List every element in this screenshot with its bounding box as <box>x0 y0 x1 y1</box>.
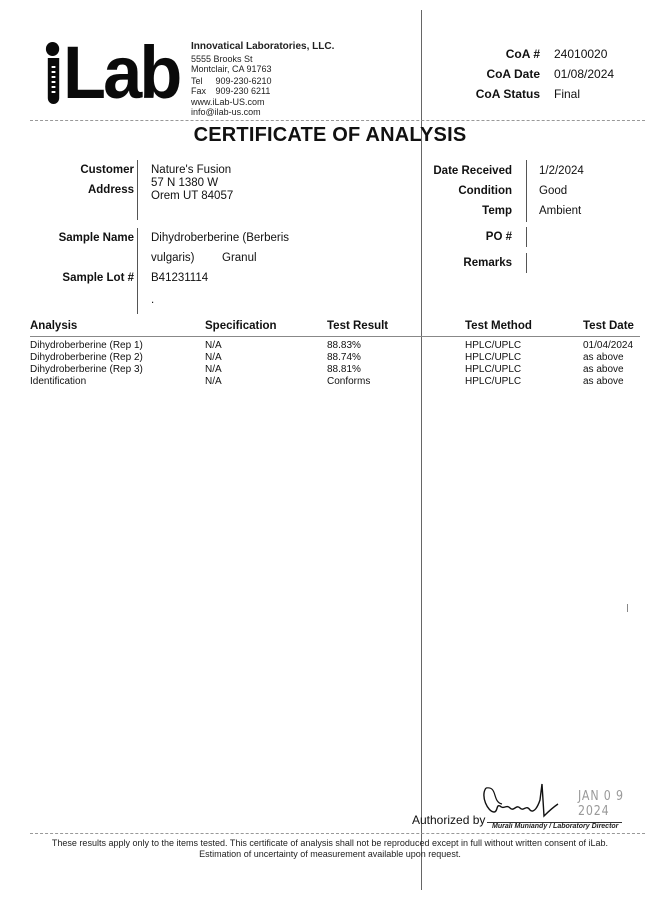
test-date-cell: as above <box>583 352 640 364</box>
remarks-divider <box>526 253 527 273</box>
customer-address-line1: 57 N 1380 W <box>151 177 218 189</box>
temp-label: Temp <box>420 205 512 217</box>
company-name: Innovatical Laboratories, LLC. <box>191 42 334 53</box>
test-method-cell: HPLC/UPLC <box>465 376 583 388</box>
sample-lot: B41231114 <box>151 272 208 284</box>
temp: Ambient <box>539 205 581 217</box>
results-header-row: Analysis Specification Test Result Test … <box>30 320 640 337</box>
analysis-cell: Dihydroberberine (Rep 2) <box>30 352 205 364</box>
sample-name-label: Sample Name <box>40 232 134 244</box>
company-website[interactable]: www.iLab-US.com <box>191 97 334 108</box>
footer-line1: These results apply only to the items te… <box>0 838 660 849</box>
address-label: Address <box>40 184 134 196</box>
test-date-cell: 01/04/2024 <box>583 340 640 352</box>
customer-address-line2: Orem UT 84057 <box>151 190 233 202</box>
test-method-cell: HPLC/UPLC <box>465 352 583 364</box>
specification-cell: N/A <box>205 340 327 352</box>
company-email[interactable]: info@ilab-us.com <box>191 107 334 118</box>
company-info: Innovatical Laboratories, LLC. 5555 Broo… <box>191 42 334 118</box>
footer-disclaimer: These results apply only to the items te… <box>0 838 660 860</box>
test-method-cell: HPLC/UPLC <box>465 340 583 352</box>
receipt-divider <box>526 160 527 222</box>
header-analysis: Analysis <box>30 320 205 337</box>
footer-line2: Estimation of uncertainty of measurement… <box>0 849 660 860</box>
received-date-stamp: JAN 0 9 2024 <box>578 789 648 819</box>
scan-mark <box>627 604 628 612</box>
coa-date: 01/08/2024 <box>554 67 640 81</box>
customer-divider <box>137 160 138 220</box>
test-result-cell: 88.83% <box>327 340 465 352</box>
header-specification: Specification <box>205 320 327 337</box>
po-divider <box>526 227 527 247</box>
company-city: Montclair, CA 91763 <box>191 64 334 75</box>
test-date-cell: as above <box>583 364 640 376</box>
coa-block: CoA #24010020 CoA Date01/08/2024 CoA Sta… <box>440 44 640 104</box>
test-result-cell: Conforms <box>327 376 465 388</box>
analysis-cell: Dihydroberberine (Rep 3) <box>30 364 205 376</box>
coa-status-label: CoA Status <box>440 87 554 101</box>
date-received: 1/2/2024 <box>539 165 584 177</box>
company-street: 5555 Brooks St <box>191 54 334 65</box>
signer-name: Murali Muniandy / Laboratory Director <box>492 823 618 830</box>
signature-icon <box>478 782 568 826</box>
specification-cell: N/A <box>205 364 327 376</box>
sample-name-line2: vulgaris) <box>151 252 194 264</box>
specification-cell: N/A <box>205 376 327 388</box>
sample-name-line2b: Granul <box>222 252 257 264</box>
date-received-label: Date Received <box>420 165 512 177</box>
company-tel: Tel 909-230-6210 <box>191 76 334 87</box>
specification-cell: N/A <box>205 352 327 364</box>
coa-status: Final <box>554 87 640 101</box>
test-result-cell: 88.74% <box>327 352 465 364</box>
customer-label: Customer <box>40 164 134 176</box>
header-test-date: Test Date <box>583 320 640 337</box>
condition-label: Condition <box>420 185 512 197</box>
document-title: CERTIFICATE OF ANALYSIS <box>0 124 660 147</box>
sample-divider <box>137 228 138 314</box>
header-test-method: Test Method <box>465 320 583 337</box>
header-divider <box>30 120 645 121</box>
analysis-cell: Identification <box>30 376 205 388</box>
results-table: Analysis Specification Test Result Test … <box>30 320 640 388</box>
coa-number-label: CoA # <box>440 47 554 61</box>
customer-name: Nature's Fusion <box>151 164 231 176</box>
footer-divider <box>30 833 645 834</box>
test-date-cell: as above <box>583 376 640 388</box>
condition: Good <box>539 185 567 197</box>
table-row: Dihydroberberine (Rep 3) N/A 88.81% HPLC… <box>30 364 640 376</box>
authorized-by-label: Authorized by <box>412 813 485 827</box>
test-method-cell: HPLC/UPLC <box>465 364 583 376</box>
sample-extra: . <box>151 294 154 306</box>
remarks-label: Remarks <box>420 257 512 269</box>
table-row: Identification N/A Conforms HPLC/UPLC as… <box>30 376 640 388</box>
ilab-logo: Lab <box>44 40 158 106</box>
header-test-result: Test Result <box>327 320 465 337</box>
sample-lot-label: Sample Lot # <box>40 272 134 284</box>
sample-name-line1: Dihydroberberine (Berberis <box>151 232 289 244</box>
po-label: PO # <box>420 231 512 243</box>
company-fax: Fax 909-230 6211 <box>191 86 334 97</box>
coa-number: 24010020 <box>554 47 640 61</box>
coa-date-label: CoA Date <box>440 67 554 81</box>
table-row: Dihydroberberine (Rep 2) N/A 88.74% HPLC… <box>30 352 640 364</box>
test-tube-icon <box>48 58 59 104</box>
logo-dot-icon <box>46 42 59 56</box>
table-row: Dihydroberberine (Rep 1) N/A 88.83% HPLC… <box>30 340 640 352</box>
analysis-cell: Dihydroberberine (Rep 1) <box>30 340 205 352</box>
test-result-cell: 88.81% <box>327 364 465 376</box>
